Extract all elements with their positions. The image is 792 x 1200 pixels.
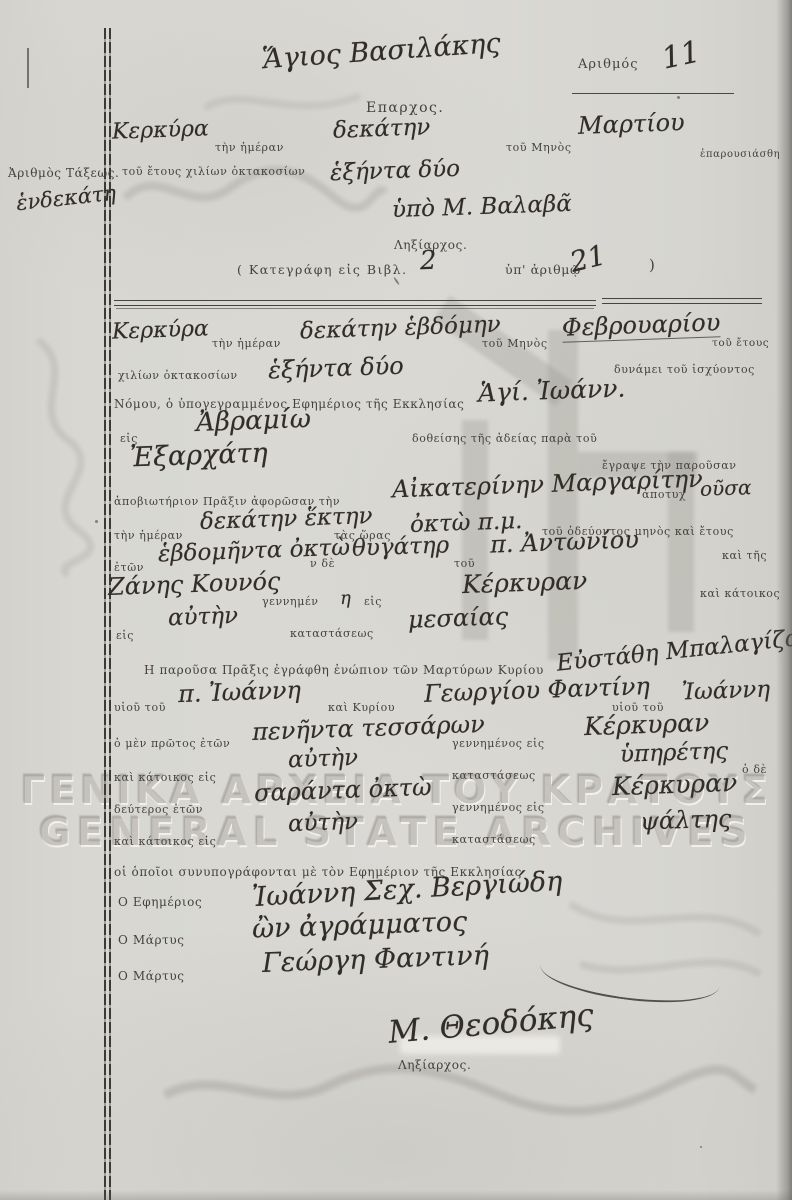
resident-label: καὶ κάτοικος (700, 587, 780, 600)
witness2-signature-handwritten: Γεώργη Φαντινή (262, 940, 490, 979)
record-number-value-handwritten: 11 (659, 34, 704, 76)
witness1-signature-label: Ο Μάρτυς (118, 933, 185, 947)
first-witness-age-handwritten: πενῆντα τεσσάρων (252, 710, 486, 746)
eparch-label: Επαρχος. (366, 100, 444, 116)
record-number-underline (572, 93, 734, 94)
and-of-label: καὶ τῆς (722, 549, 767, 562)
residence-in-label: εἰς (116, 629, 134, 642)
status-label-1: καταστάσεως (452, 769, 536, 782)
record-number-label: Αριθμός (578, 57, 639, 72)
act-year-label: τοῦ ἔτους (712, 337, 769, 349)
first-witness-status-handwritten: ὑπηρέτης (620, 738, 729, 768)
status-handwritten: μεσαίας (408, 602, 509, 633)
section-separator (602, 298, 762, 304)
act-month-label: τοῦ Μηνὸς (482, 337, 548, 350)
registrar-signature-title-label: Ληξίαρχος. (398, 1058, 471, 1072)
born-in-label-1: γεννημένος εἰς (452, 737, 545, 750)
resident-in-label-2: καὶ κάτοικος εἰς (114, 835, 216, 848)
witness1-name-handwritten: Εὐστάθη Μπαλαγίζα (555, 625, 792, 676)
law-clause-1: δυνάμει τοῦ ἰσχύοντος (614, 363, 755, 376)
father-name-handwritten: π. Ἀντωνίου (490, 525, 640, 558)
second-witness-status-handwritten: ψάλτης (640, 804, 732, 835)
witness2-signature-label: Ο Μάρτυς (118, 969, 185, 983)
section-separator-thin (116, 308, 594, 309)
first-witness-residence-handwritten: αὐτὴν (288, 745, 359, 773)
resident-in-label-1: καὶ κάτοικος εἰς (114, 771, 216, 784)
page-bottom-edge-shadow (0, 1190, 792, 1200)
order-number-value-handwritten: ἑνδεκάτη (15, 181, 117, 215)
bleedthrough-ghost (18, 330, 108, 580)
registry-entry-number-handwritten: 21 (567, 238, 610, 279)
presented-label: ἐπαρουσιάσθη (700, 149, 780, 160)
and-of-mister-label: καὶ Κυρίου (328, 701, 395, 714)
daughter-handwritten: θυγάτηρ (352, 532, 450, 561)
registration-year-handwritten: ἑξήντα δύο (330, 156, 461, 187)
born-in-label-2: γεννημένος εἰς (452, 801, 545, 814)
act-year-handwritten: ἑξήντα δύο (268, 352, 405, 385)
witness2-father-handwritten: Ἰωάννη (682, 676, 771, 705)
residence-handwritten: αὐτὴν (168, 603, 239, 631)
registration-day-handwritten: δεκάτην (333, 114, 431, 143)
page-right-edge-shadow (776, 0, 792, 1200)
status-label-2: καταστάσεως (452, 833, 536, 846)
first-witness-birthplace-handwritten: Κέρκυραν (584, 708, 710, 741)
first-witness-age-label: ὁ μὲν πρῶτος ἐτῶν (114, 737, 230, 750)
second-witness-residence-handwritten: αὐτὴν (288, 809, 359, 837)
witness1-father-handwritten: π. Ἰωάννη (178, 676, 302, 708)
mother-name-handwritten: Ζάνης Κουνός (108, 567, 281, 601)
order-number-label: Ἀριθμὸς Τάξεως. (8, 166, 119, 180)
act-year-printed: χιλίων ὀκτακοσίων (118, 369, 238, 382)
second-witness-intro-label: ὁ δὲ (742, 763, 767, 776)
registration-month-handwritten: Μαρτίου (578, 108, 686, 140)
registration-place-handwritten: Κερκύρα (112, 116, 210, 144)
church-name-handwritten: Ἅγιος Βασιλάκης (261, 28, 501, 76)
permission-grantor-handwritten: Ἐξαρχάτη (130, 438, 269, 474)
act-day-label: τὴν ἡμέραν (212, 337, 281, 350)
registry-open-label: ( Κατεγράφη εἰς Βιβλ. (237, 262, 408, 277)
left-edge-tick (27, 48, 29, 88)
year-printed-label: τοῦ ἔτους χιλίων ὀκτακοσίων (122, 165, 305, 178)
birthplace-handwritten: Κέρκυραν (462, 566, 588, 599)
died-handwritten-fragment: οῦσα (700, 475, 752, 501)
priest-signature-label: Ο Εφημέριος (118, 895, 202, 909)
day-label: τὴν ἡμέραν (215, 141, 284, 154)
ink-speck (393, 277, 400, 286)
son-of-label-1: υἱοῦ τοῦ (114, 701, 166, 714)
archival-document-scan: ΓΕΝΙΚΑ ΑΡΧΕΙΑ ΤΟΥ ΚΡΑΤΟΥΣ GENERAL STATE … (0, 0, 792, 1200)
act-month-handwritten: Φεβρουαρίου (562, 308, 721, 343)
ink-speck (700, 1146, 702, 1148)
born-ending-handwritten: η (340, 588, 352, 609)
ink-speck (677, 96, 680, 99)
act-church-handwritten: Ἁγί. Ἰωάνν. (478, 373, 626, 407)
second-witness-birthplace-handwritten: Κέρκυραν (612, 768, 738, 801)
registry-under-number-label: ὑπ' ἀριθμῷ (505, 262, 581, 277)
section-separator (114, 300, 596, 306)
month-label: τοῦ Μηνὸς (506, 141, 572, 154)
registry-book-number-handwritten: 2 (419, 246, 437, 277)
status-label: καταστάσεως (290, 627, 374, 640)
witnesses-intro-label: Η παροῦσα Πρᾶξις ἐγράφθη ἐνώπιον τῶν Μαρ… (144, 663, 544, 677)
registered-by-handwritten: ὑπὸ Μ. Βαλαβᾶ (392, 191, 573, 223)
church-locality-handwritten: Ἀβραμίω (196, 404, 312, 438)
born-in-label: εἰς (364, 595, 382, 608)
witness1-signature-handwritten: ὢν ἀγράμματος (252, 906, 468, 944)
ink-speck (95, 520, 98, 523)
of-label: τοῦ (454, 557, 475, 570)
permission-label: δοθείσης τῆς ἀδείας παρὰ τοῦ (412, 432, 597, 445)
second-witness-age-label: δεύτερος ἐτῶν (114, 803, 203, 816)
born-printed-label: γεννημέν (262, 595, 319, 608)
registry-close-paren: ) (649, 256, 655, 274)
act-place-handwritten: Κερκύρα (112, 316, 210, 344)
